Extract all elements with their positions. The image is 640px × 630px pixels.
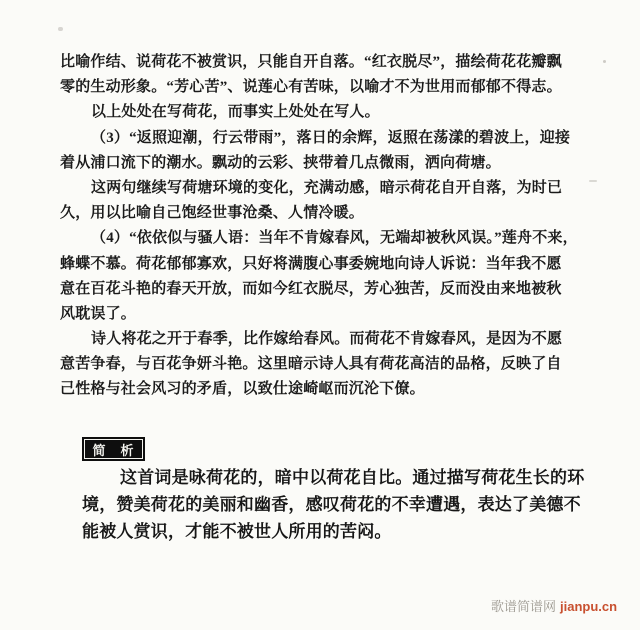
commentary-text: 比喻作结、说荷花不被赏识，只能自开自落。“红衣脱尽”，描绘荷花花瓣飘零的生动形象… bbox=[60, 50, 582, 403]
section-label-box: 简 析 bbox=[82, 437, 145, 461]
text-line: 比喻作结、说荷花不被赏识，只能自开自落。“红衣脱尽”，描绘荷花花瓣飘 bbox=[60, 50, 582, 75]
section-label: 简 析 bbox=[92, 440, 134, 459]
text-line: 境，赞美荷花的美丽和幽香，感叹荷花的不幸遭遇，表达了美德不 bbox=[82, 492, 582, 519]
scan-speck bbox=[58, 27, 63, 31]
text-line: 能被人赏识，才能不被世人所用的苦闷。 bbox=[82, 519, 582, 546]
text-line: 蜂蝶不慕。荷花郁郁寡欢，只好将满腹心事委婉地向诗人诉说：当年我不愿 bbox=[60, 252, 582, 277]
text-line: 意在百花斗艳的春天开放，而如今红衣脱尽，芳心独苦，反而没由来地被秋 bbox=[60, 277, 582, 302]
text-line: 风耽误了。 bbox=[60, 302, 582, 327]
text-line: （3）“返照迎潮，行云带雨”，落日的余辉，返照在荡漾的碧波上，迎接 bbox=[60, 126, 582, 151]
watermark-site-url: jianpu.cn bbox=[560, 599, 617, 614]
scan-speck bbox=[603, 60, 606, 63]
text-line: 这首词是咏荷花的，暗中以荷花自比。通过描写荷花生长的环 bbox=[82, 465, 582, 492]
text-line: 己性格与社会风习的矛盾，以致仕途崎岖而沉沦下僚。 bbox=[60, 377, 582, 402]
scanned-book-page: 比喻作结、说荷花不被赏识，只能自开自落。“红衣脱尽”，描绘荷花花瓣飘零的生动形象… bbox=[0, 0, 640, 630]
text-line: 意苦争春，与百花争妍斗艳。这里暗示诗人具有荷花高洁的品格，反映了自 bbox=[60, 352, 582, 377]
text-line: （4）“依依似与骚人语：当年不肯嫁春风，无端却被秋风误。”莲舟不来， bbox=[60, 226, 582, 251]
watermark: 歌谱简谱网jianpu.cn bbox=[491, 599, 617, 614]
analysis-text: 这首词是咏荷花的，暗中以荷花自比。通过描写荷花生长的环境，赞美荷花的美丽和幽香，… bbox=[82, 465, 582, 545]
text-line: 零的生动形象。“芳心苦”、说莲心有苦味，以喻才不为世用而郁郁不得志。 bbox=[60, 75, 582, 100]
text-line: 久，用以比喻自己饱经世事沧桑、人情冷暖。 bbox=[60, 201, 582, 226]
watermark-site-name: 歌谱简谱网 bbox=[491, 599, 556, 614]
scan-speck bbox=[589, 180, 597, 182]
text-line: 以上处处在写荷花，而事实上处处在写人。 bbox=[60, 100, 582, 125]
text-line: 着从浦口流下的潮水。飘动的云彩、挟带着几点微雨，洒向荷塘。 bbox=[60, 151, 582, 176]
text-line: 这两句继续写荷塘环境的变化，充满动感，暗示荷花自开自落，为时已 bbox=[60, 176, 582, 201]
text-line: 诗人将花之开于春季，比作嫁给春风。而荷花不肯嫁春风，是因为不愿 bbox=[60, 327, 582, 352]
